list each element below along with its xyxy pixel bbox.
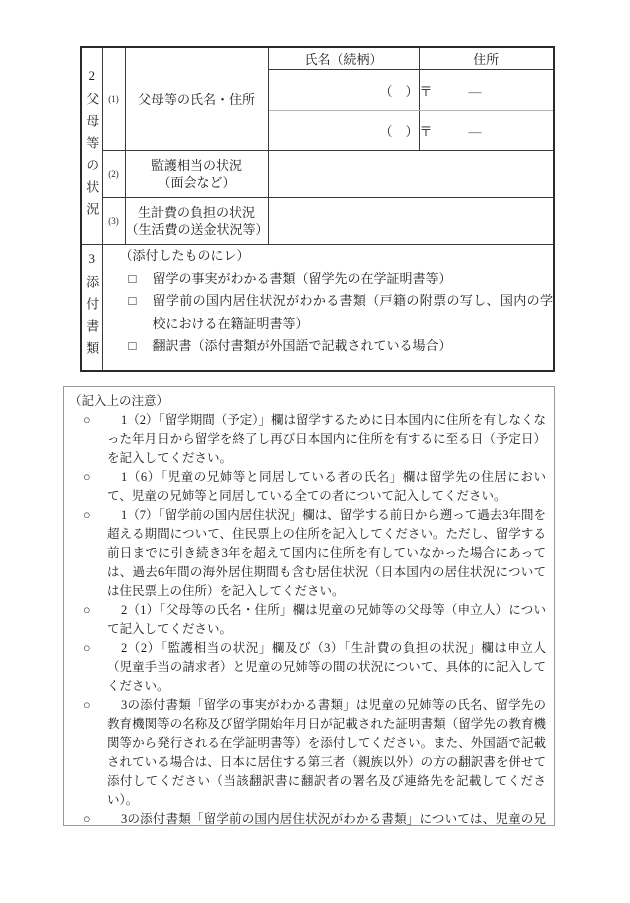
note-item-3: ○ 1（7）「留学前の国内居住状況」欄は、留学する前日から遡って過去3年間を超え… [64, 506, 546, 601]
note-text-4: 2（1）「父母等の氏名・住所」欄は児童の兄姉等の父母等（申立人）について記入して… [107, 601, 546, 639]
note-text-5: 2（2）「監護相当の状況」欄及び（3）「生計費の負担の状況」欄は申立人（児童手当… [107, 639, 546, 696]
note-text-2: 1（6）「児童の兄姉等と同居している者の氏名」欄は留学先の住居において、児童の兄… [107, 468, 546, 506]
note-text-6: 3の添付書類「留学の事実がわかる書類」は児童の兄姉等の氏名、留学先の教育機関等の… [107, 696, 546, 810]
note-bullet: ○ [83, 506, 91, 525]
name-column-header: 氏名（続柄） [268, 47, 419, 70]
attachments-cell: （添付したものにレ） □ 留学の事実がわかる書類（留学先の在学証明書等） □ 留… [102, 245, 554, 371]
section2-side-label: 2父母等の状況 [82, 68, 101, 224]
notes-box: （記入上の注意） ○ 1（2）「留学期間（予定）」欄は留学するために日本国内に住… [63, 386, 555, 826]
attachment-checkbox-2[interactable]: □ [129, 290, 137, 313]
note-bullet: ○ [83, 468, 91, 487]
note-bullet: ○ [83, 810, 91, 826]
attachment-label-1: 留学の事実がわかる書類（留学先の在学証明書等） [153, 271, 452, 286]
postal-mark-icon: 〒 [420, 124, 433, 139]
row2-number: (2) [102, 151, 125, 198]
row1-number: (1) [102, 47, 125, 151]
note-bullet: ○ [83, 639, 91, 658]
parent2-name-field[interactable]: （ ） [268, 111, 419, 151]
table-header-row: 2父母等の状況 (1) 父母等の氏名・住所 氏名（続柄） 住所 [81, 47, 554, 70]
section3-side-label: 3添付書類 [82, 251, 101, 363]
row2-sublabel: （面会など） [126, 174, 268, 191]
parent2-relationship-parens: （ ） [379, 124, 418, 139]
note-bullet: ○ [83, 601, 91, 620]
notes-title: （記入上の注意） [64, 392, 546, 411]
note-item-5: ○ 2（2）「監護相当の状況」欄及び（3）「生計費の負担の状況」欄は申立人（児童… [64, 639, 546, 696]
row1-label-cell: 父母等の氏名・住所 [125, 47, 268, 151]
living-cost-row: (3) 生計費の負担の状況 （生活費の送金状況等） [81, 198, 554, 245]
custody-status-row: (2) 監護相当の状況 （面会など） [81, 151, 554, 198]
note-text-3: 1（7）「留学前の国内居住状況」欄は、留学する前日から遡って過去3年間を超える期… [107, 506, 546, 601]
note-item-7: ○ 3の添付書類「留学前の国内居住状況がわかる書類」については、児童の兄姉等が留… [64, 810, 546, 826]
address-column-header: 住所 [419, 47, 554, 70]
section3-side-label-cell: 3添付書類 [81, 245, 102, 371]
note-text-7: 3の添付書類「留学前の国内居住状況がわかる書類」については、児童の兄姉等が留学前… [107, 810, 546, 826]
parent2-address-field[interactable]: 〒— [419, 111, 554, 151]
attachment-item-1: □ 留学の事実がわかる書類（留学先の在学証明書等） [103, 268, 554, 291]
attachment-label-3: 翻訳書（添付書類が外国語で記載されている場合） [153, 338, 452, 353]
attachments-row: 3添付書類 （添付したものにレ） □ 留学の事実がわかる書類（留学先の在学証明書… [81, 245, 554, 371]
row3-number: (3) [102, 198, 125, 245]
parent1-relationship-parens: （ ） [379, 84, 418, 99]
note-bullet: ○ [83, 696, 91, 715]
section2-side-label-cell: 2父母等の状況 [81, 47, 102, 245]
living-cost-field[interactable] [268, 198, 554, 245]
attachment-item-2: □ 留学前の国内居住状況がわかる書類（戸籍の附票の写し、国内の学校における在籍証… [103, 290, 554, 335]
row1-label: 父母等の氏名・住所 [126, 91, 268, 108]
postal-mark-icon: 〒 [420, 84, 433, 99]
row2-label: 監護相当の状況 [126, 157, 268, 174]
note-item-1: ○ 1（2）「留学期間（予定）」欄は留学するために日本国内に住所を有しなくなった… [64, 411, 546, 468]
form-page: 2父母等の状況 (1) 父母等の氏名・住所 氏名（続柄） 住所 （ ） 〒— [0, 0, 630, 903]
row3-label: 生計費の負担の状況 [126, 204, 268, 221]
attachments-check-note: （添付したものにレ） [103, 245, 554, 268]
parents-status-table: 2父母等の状況 (1) 父母等の氏名・住所 氏名（続柄） 住所 （ ） 〒— [80, 46, 555, 372]
attachment-checkbox-3[interactable]: □ [129, 335, 137, 358]
attachment-item-3: □ 翻訳書（添付書類が外国語で記載されている場合） [103, 335, 554, 358]
row2-label-cell: 監護相当の状況 （面会など） [125, 151, 268, 198]
postal-dash: — [469, 84, 482, 99]
custody-status-field[interactable] [268, 151, 554, 198]
note-item-6: ○ 3の添付書類「留学の事実がわかる書類」は児童の兄姉等の氏名、留学先の教育機関… [64, 696, 546, 810]
attachment-checkbox-1[interactable]: □ [129, 268, 137, 291]
note-item-4: ○ 2（1）「父母等の氏名・住所」欄は児童の兄姉等の父母等（申立人）について記入… [64, 601, 546, 639]
row3-sublabel: （生活費の送金状況等） [126, 221, 268, 238]
parent1-address-field[interactable]: 〒— [419, 70, 554, 111]
note-bullet: ○ [83, 411, 91, 430]
attachment-label-2: 留学前の国内居住状況がわかる書類（戸籍の附票の写し、国内の学校における在籍証明書… [153, 293, 554, 331]
note-text-1: 1（2）「留学期間（予定）」欄は留学するために日本国内に住所を有しなくなった年月… [107, 411, 546, 468]
parent1-name-field[interactable]: （ ） [268, 70, 419, 111]
postal-dash: — [469, 124, 482, 139]
row3-label-cell: 生計費の負担の状況 （生活費の送金状況等） [125, 198, 268, 245]
note-item-2: ○ 1（6）「児童の兄姉等と同居している者の氏名」欄は留学先の住居において、児童… [64, 468, 546, 506]
